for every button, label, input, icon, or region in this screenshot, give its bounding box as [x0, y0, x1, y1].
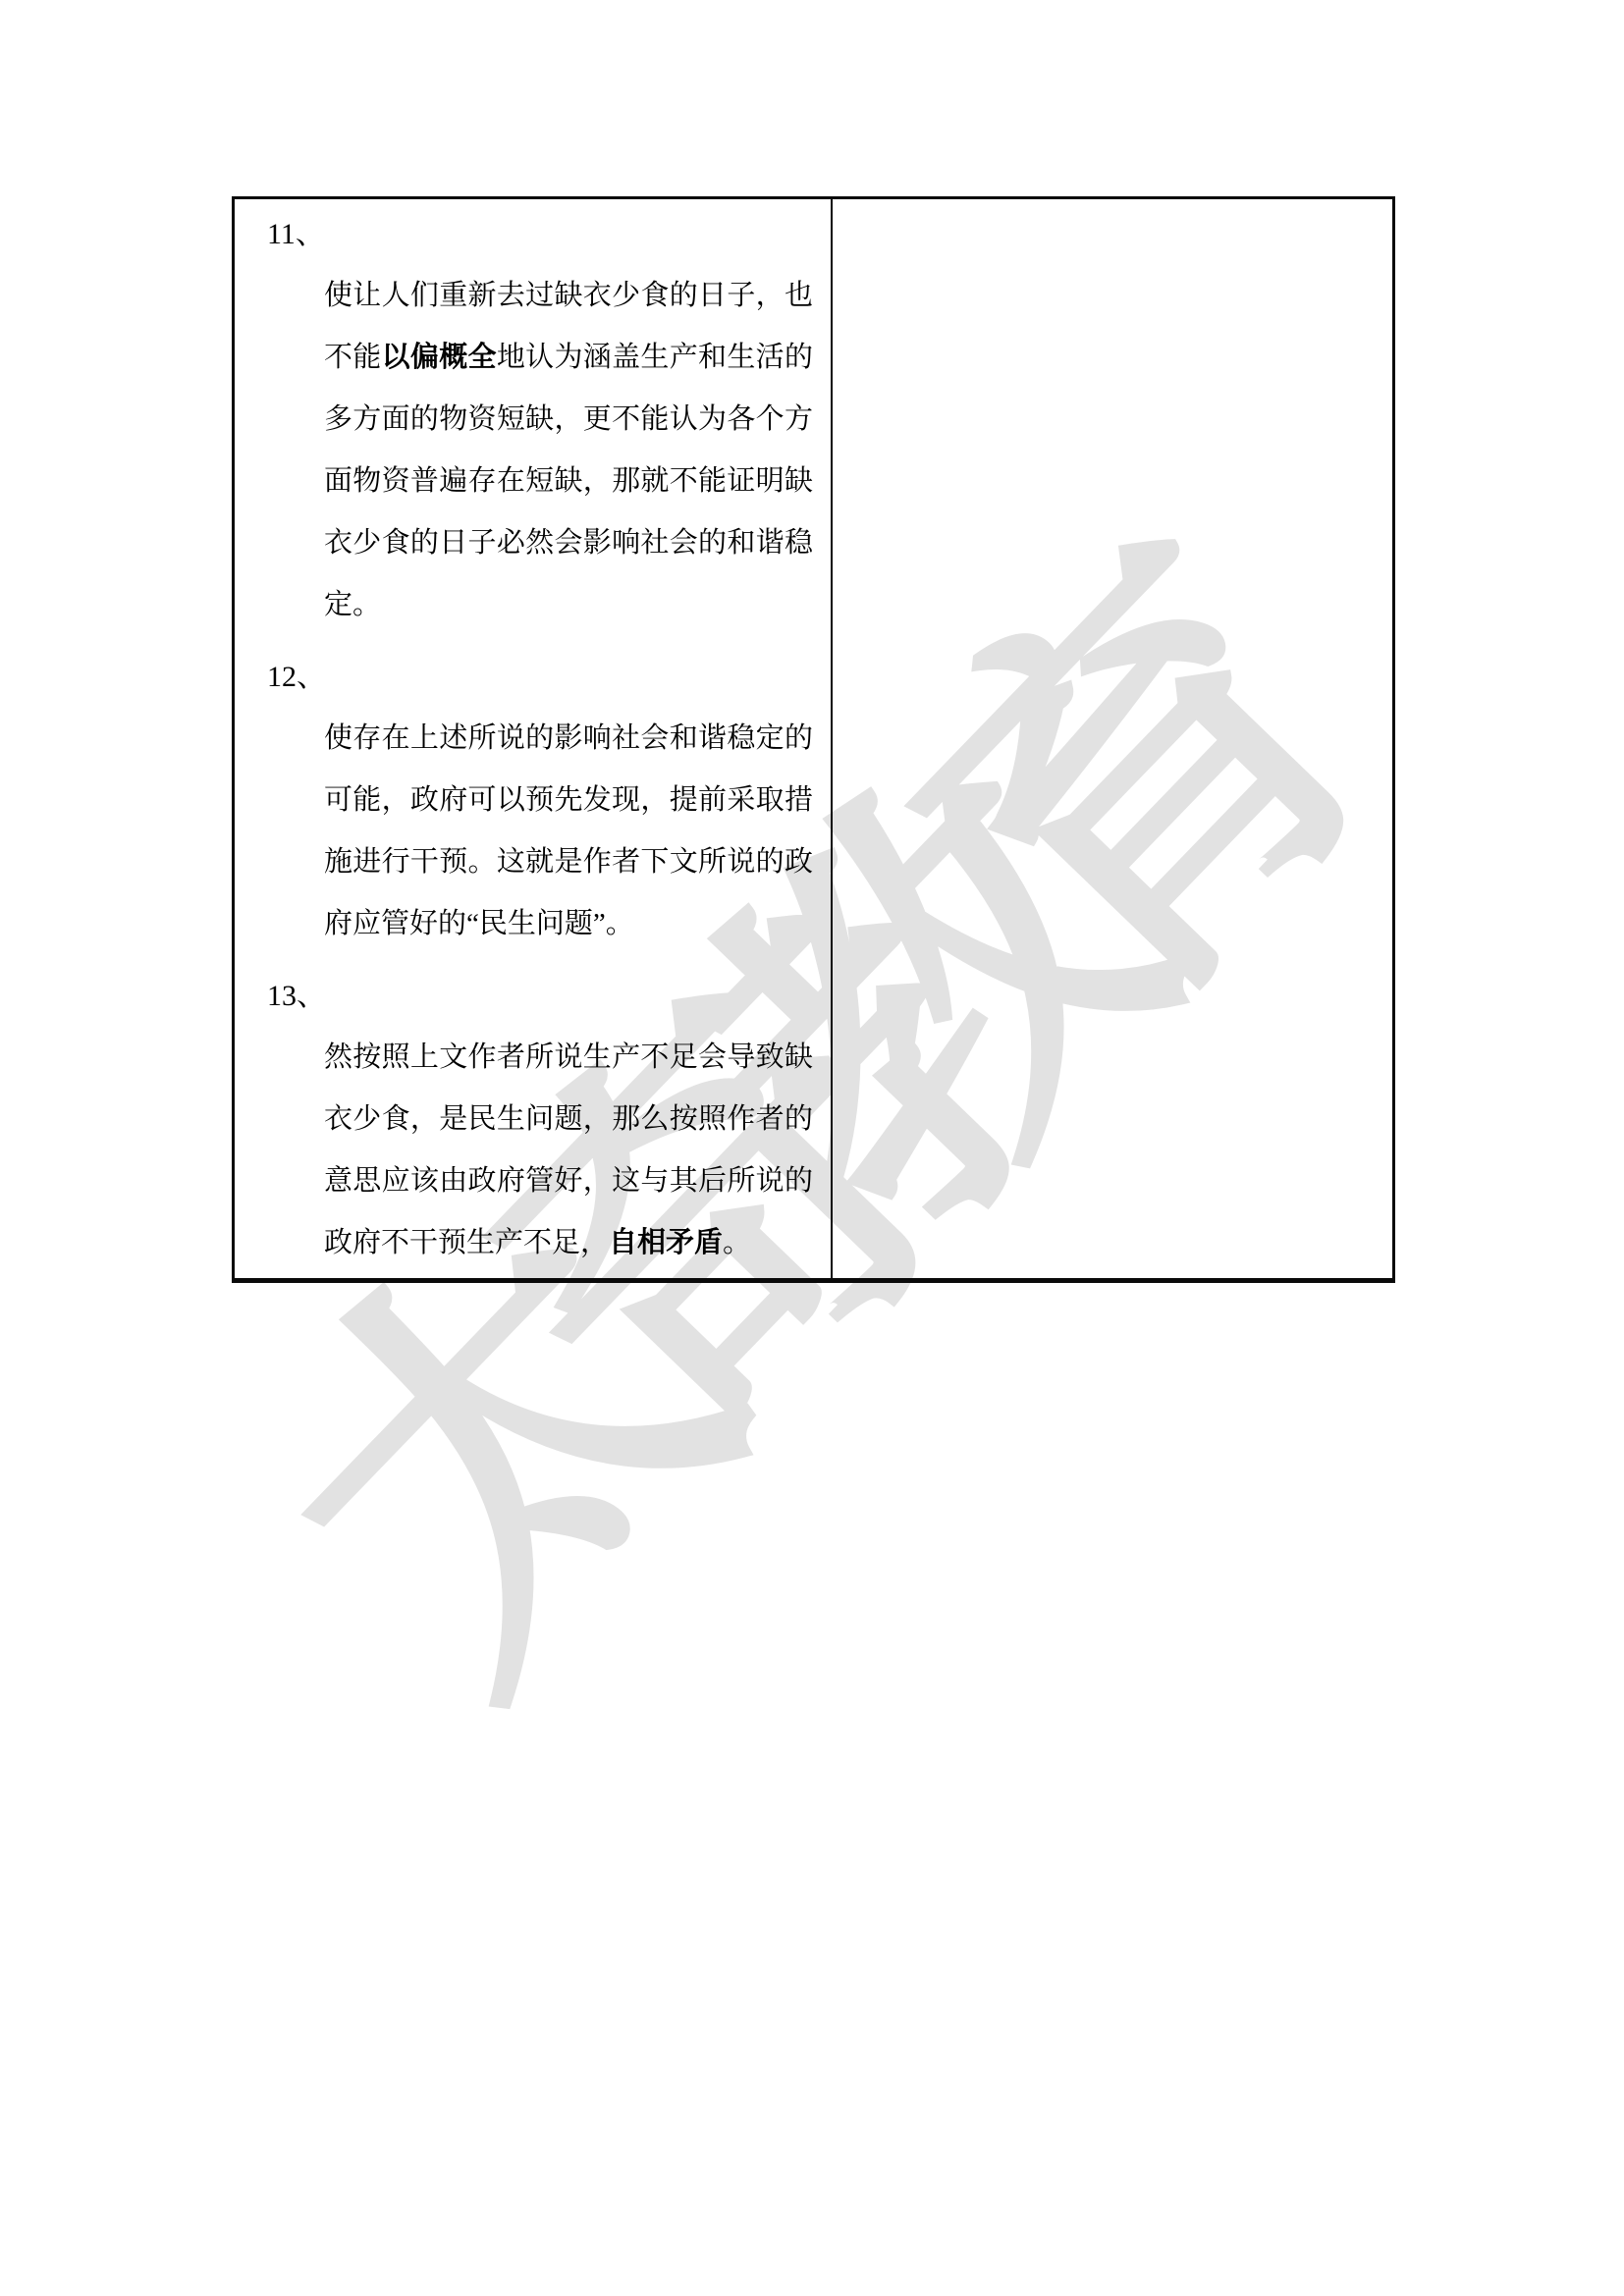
bold-phrase: 以偏概全 — [382, 342, 497, 373]
list-item-11: 11、 使让人们重新去过缺衣少食的日子，也 不能以偏概全地认为涵盖生产和生活的 … — [267, 203, 813, 636]
item-paragraph: 然按照上文作者所说生产不足会导致缺 衣少食，是民生问题，那么按照作者的 意思应该… — [324, 1027, 813, 1274]
text-line: 意思应该由政府管好，这与其后所说的 — [324, 1150, 813, 1212]
text-line: 施进行干预。这就是作者下文所说的政 — [324, 831, 813, 893]
table-cell-notes: 11、 使让人们重新去过缺衣少食的日子，也 不能以偏概全地认为涵盖生产和生活的 … — [235, 199, 833, 1278]
text-line: 定。 — [324, 574, 813, 636]
text-run: 。 — [723, 1227, 751, 1258]
item-paragraph: 使让人们重新去过缺衣少食的日子，也 不能以偏概全地认为涵盖生产和生活的 多方面的… — [324, 265, 813, 636]
text-line: 政府不干预生产不足，自相矛盾。 — [324, 1212, 813, 1274]
bold-phrase: 自相矛盾 — [609, 1227, 723, 1258]
text-run: 政府不干预生产不足， — [324, 1227, 609, 1258]
text-run: 不能 — [324, 342, 382, 373]
text-line: 然按照上文作者所说生产不足会导致缺 — [324, 1027, 813, 1089]
text-line: 可能，政府可以预先发现，提前采取措 — [324, 770, 813, 831]
text-line: 衣少食，是民生问题，那么按照作者的 — [324, 1089, 813, 1150]
list-item-12: 12、 使存在上述所说的影响社会和谐稳定的 可能，政府可以预先发现，提前采取措 … — [267, 646, 813, 955]
item-paragraph: 使存在上述所说的影响社会和谐稳定的 可能，政府可以预先发现，提前采取措 施进行干… — [324, 708, 813, 955]
list-item-13: 13、 然按照上文作者所说生产不足会导致缺 衣少食，是民生问题，那么按照作者的 … — [267, 965, 813, 1274]
text-line: 府应管好的“民生问题”。 — [324, 893, 813, 955]
text-run: 地认为涵盖生产和生活的 — [497, 342, 813, 373]
item-number: 13、 — [267, 965, 813, 1027]
text-line: 面物资普遍存在短缺，那就不能证明缺 — [324, 451, 813, 512]
table-cell-empty — [833, 199, 1392, 1278]
item-number: 11、 — [267, 203, 813, 265]
item-number: 12、 — [267, 646, 813, 708]
text-line: 不能以偏概全地认为涵盖生产和生活的 — [324, 327, 813, 389]
notes-table: 11、 使让人们重新去过缺衣少食的日子，也 不能以偏概全地认为涵盖生产和生活的 … — [232, 196, 1395, 1283]
text-line: 使存在上述所说的影响社会和谐稳定的 — [324, 708, 813, 770]
text-line: 多方面的物资短缺，更不能认为各个方 — [324, 389, 813, 451]
text-line: 使让人们重新去过缺衣少食的日子，也 — [324, 265, 813, 327]
text-line: 衣少食的日子必然会影响社会的和谐稳 — [324, 512, 813, 574]
